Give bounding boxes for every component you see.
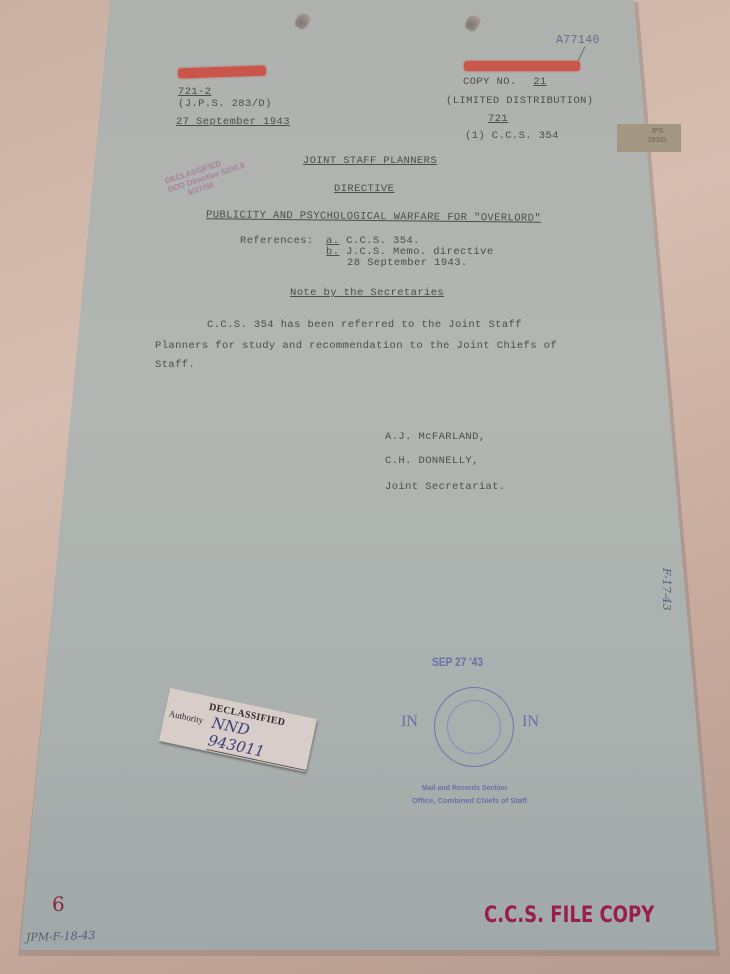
note-heading: Note by the Secretaries [290, 287, 444, 299]
references-label: References: [240, 235, 314, 247]
file-reference: 721-2 [178, 86, 212, 98]
redacted-classification-right [464, 61, 580, 71]
signature-line: C.H. DONNELLY, [385, 455, 479, 467]
subheading: DIRECTIVE [334, 183, 394, 195]
document-date: 27 September 1943 [176, 116, 290, 128]
authority-label: Authority [168, 708, 204, 725]
handwritten-number: 6 [52, 892, 65, 916]
reference-item-continuation: 28 September 1943. [347, 257, 468, 269]
signature-line: A.J. McFARLAND, [385, 431, 486, 443]
file-tag-line1: JPS [633, 127, 681, 136]
right-file-reference: 721 [488, 113, 508, 125]
archive-number: A77140 [556, 34, 600, 47]
copy-number: 21 [523, 76, 552, 88]
reference-marker: b. [326, 246, 339, 258]
received-mark-left: IN [401, 713, 418, 731]
handwritten-margin-note: F-17-43 [660, 568, 673, 611]
file-copy-stamp: C.C.S. FILE COPY [484, 903, 654, 928]
heading: JOINT STAFF PLANNERS [303, 155, 437, 167]
ccs-reference: (1) C.C.S. 354 [465, 130, 559, 142]
handwritten-file-code: JPM-F-18-43 [26, 929, 96, 944]
copy-label: COPY NO. [463, 76, 517, 88]
office-stamp-line1: Mail and Records Section [422, 785, 507, 792]
circular-date-stamp [434, 687, 514, 767]
received-mark-right: IN [522, 713, 539, 731]
jps-reference: (J.P.S. 283/D) [178, 98, 272, 110]
body-line: Planners for study and recommendation to… [155, 340, 557, 352]
copy-number-line: COPY NO. 21 [463, 76, 553, 88]
file-tag-line2: 283/D [633, 136, 681, 145]
body-line: Staff. [155, 359, 195, 371]
signature-line: Joint Secretariat. [385, 481, 506, 493]
received-date-stamp: SEP 27 '43 [432, 655, 483, 669]
office-stamp-line2: Office, Combined Chiefs of Staff [412, 796, 527, 805]
distribution-note: (LIMITED DISTRIBUTION) [446, 95, 593, 107]
file-tab-tag: JPS 283/D [617, 124, 681, 152]
body-line: C.C.S. 354 has been referred to the Join… [207, 319, 522, 331]
